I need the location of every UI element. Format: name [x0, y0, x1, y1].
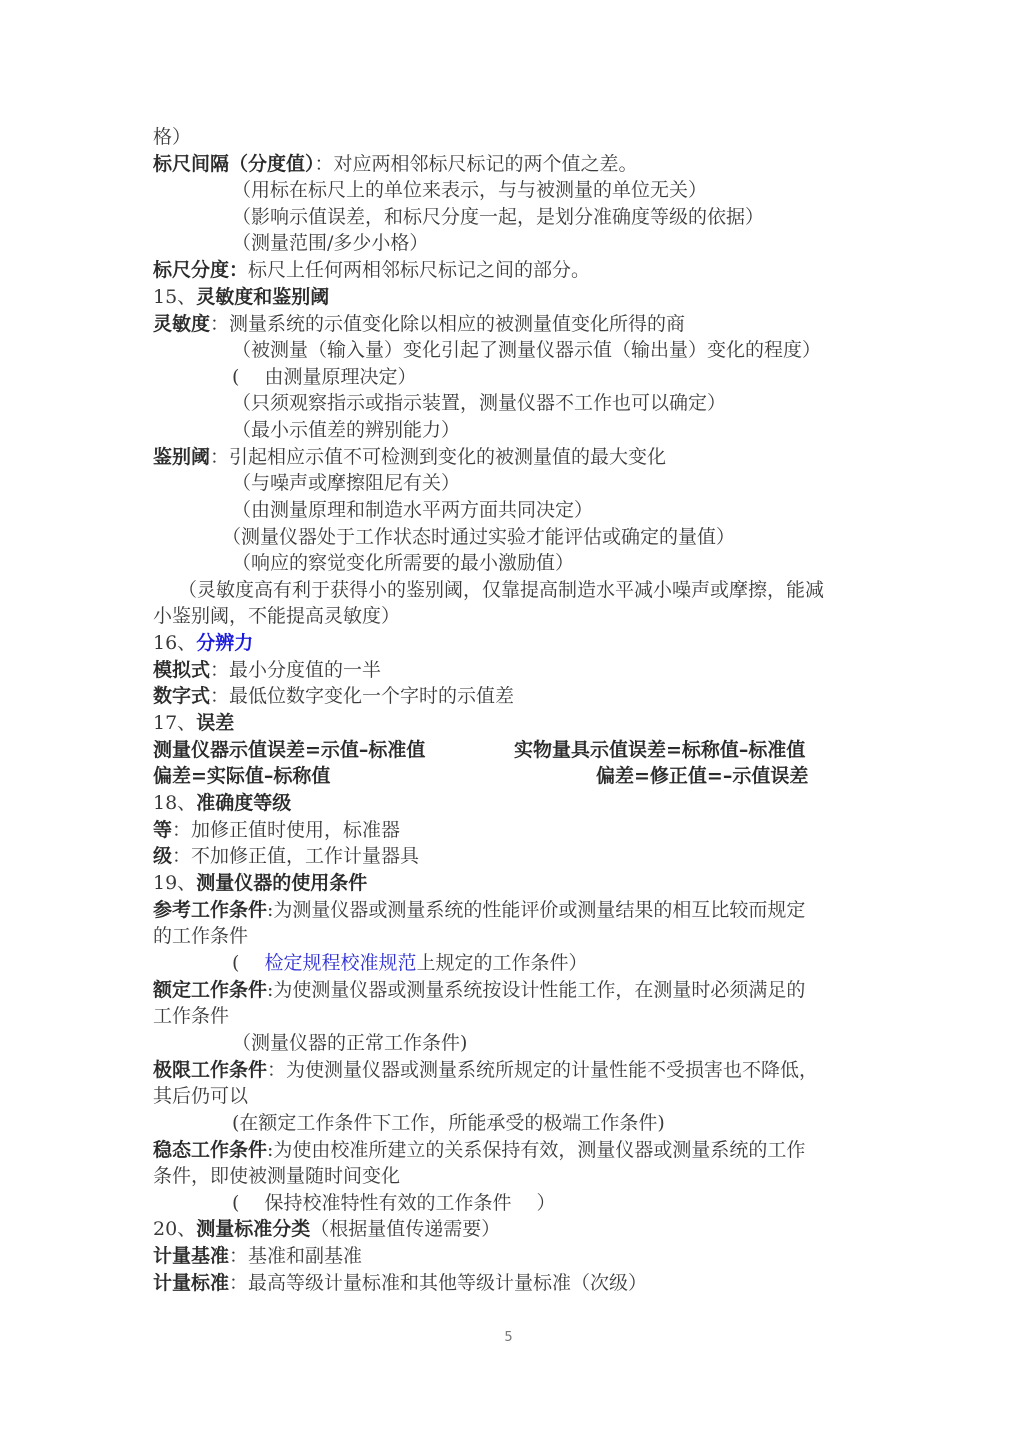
- term: 标尺分度：: [153, 259, 248, 281]
- note-text: 上规定的工作条件）: [416, 952, 587, 974]
- paragraph-line: 的工作条件: [153, 923, 248, 949]
- term: 模拟式: [153, 659, 210, 681]
- section-title-link[interactable]: 分辨力: [196, 632, 253, 654]
- paragraph-text: 条件，即使被测量随时间变化: [153, 1165, 400, 1187]
- note-text: （最小示值差的辨别能力）: [232, 419, 460, 441]
- note-text: （测量仪器的正常工作条件): [232, 1032, 467, 1054]
- section-number: 17、: [153, 712, 196, 734]
- note-line: （测量仪器的正常工作条件): [232, 1030, 467, 1056]
- note-text: （测量范围/多少小格）: [232, 232, 428, 254]
- note-line: （只须观察指示或指示装置，测量仪器不工作也可以确定）: [232, 390, 726, 416]
- definition: :为使由校准所建立的关系保持有效，测量仪器或测量系统的工作: [267, 1139, 805, 1161]
- document-page: 格） 标尺间隔（分度值）：对应两相邻标尺标记的两个值之差。 （用标在标尺上的单位…: [0, 0, 1017, 1438]
- definition-analog: 模拟式：最小分度值的一半: [153, 657, 381, 683]
- paragraph-line: 格）: [153, 124, 191, 150]
- term: 标尺间隔（分度值）: [153, 153, 315, 175]
- formula-text: 偏差=实际值–标称值: [153, 765, 330, 787]
- paragraph-text: 小鉴别阈，不能提高灵敏度）: [153, 605, 400, 627]
- definition-steady-state-conditions: 稳态工作条件:为使由校准所建立的关系保持有效，测量仪器或测量系统的工作: [153, 1137, 805, 1163]
- paragraph-line: 条件，即使被测量随时间变化: [153, 1163, 400, 1189]
- note-line: ( 保持校准特性有效的工作条件 ）: [232, 1190, 556, 1216]
- term: 额定工作条件: [153, 979, 267, 1001]
- note-line: （影响示值误差，和标尺分度一起，是划分准确度等级的依据）: [232, 204, 764, 230]
- note-text: （测量仪器处于工作状态时通过实验才能评估或确定的量值）: [222, 526, 735, 548]
- section-number: 18、: [153, 792, 196, 814]
- definition: ：为使测量仪器或测量系统所规定的计量性能不受损害也不降低，: [267, 1059, 818, 1081]
- definition: ：最小分度值的一半: [210, 659, 381, 681]
- section-number: 15、: [153, 286, 196, 308]
- formula-text: 实物量具示值误差=标称值–标准值: [514, 739, 805, 761]
- note-line: ( 检定规程校准规范上规定的工作条件）: [232, 950, 587, 976]
- term: 数字式: [153, 685, 210, 707]
- term: 级: [153, 845, 172, 867]
- term: 极限工作条件: [153, 1059, 267, 1081]
- definition: ：对应两相邻标尺标记的两个值之差。: [315, 153, 638, 175]
- section-heading-19: 19、测量仪器的使用条件: [153, 870, 367, 896]
- section-heading-20: 20、测量标准分类（根据量值传递需要）: [153, 1216, 500, 1242]
- note-text: （用标在标尺上的单位来表示，与与被测量的单位无关）: [232, 179, 707, 201]
- definition: ：最高等级计量标准和其他等级计量标准（次级）: [229, 1272, 647, 1294]
- formula-material-measure-error: 实物量具示值误差=标称值–标准值: [514, 737, 805, 763]
- paragraph-line: （灵敏度高有利于获得小的鉴别阈，仅靠提高制造水平减小噪声或摩擦，能减: [178, 577, 824, 603]
- note-line: （用标在标尺上的单位来表示，与与被测量的单位无关）: [232, 177, 707, 203]
- section-title: 测量仪器的使用条件: [196, 872, 367, 894]
- paragraph-line: 其后仍可以: [153, 1083, 248, 1109]
- note-text: （与噪声或摩擦阻尼有关）: [232, 472, 460, 494]
- note-text: (: [232, 952, 264, 974]
- note-text: （由测量原理和制造水平两方面共同决定）: [232, 499, 593, 521]
- definition: 标尺上任何两相邻标尺标记之间的部分。: [248, 259, 590, 281]
- definition-sensitivity: 灵敏度：测量系统的示值变化除以相应的被测量值变化所得的商: [153, 311, 685, 337]
- note-line: (在额定工作条件下工作，所能承受的极端工作条件): [232, 1110, 665, 1136]
- definition: ：测量系统的示值变化除以相应的被测量值变化所得的商: [210, 313, 685, 335]
- note-line: ( 由测量原理决定）: [232, 364, 416, 390]
- definition-grade: 等：加修正值时使用，标准器: [153, 817, 400, 843]
- note-text: (在额定工作条件下工作，所能承受的极端工作条件): [232, 1112, 665, 1134]
- text: 格）: [153, 126, 191, 148]
- definition: ：最低位数字变化一个字时的示值差: [210, 685, 514, 707]
- formula-text: 测量仪器示值误差=示值–标准值: [153, 739, 425, 761]
- section-number: 16、: [153, 632, 196, 654]
- definition: :为测量仪器或测量系统的性能评价或测量结果的相互比较而规定: [267, 899, 805, 921]
- definition-scale-interval: 标尺间隔（分度值）：对应两相邻标尺标记的两个值之差。: [153, 151, 638, 177]
- note-line: （响应的察觉变化所需要的最小激励值）: [232, 550, 574, 576]
- definition: ：加修正值时使用，标准器: [172, 819, 400, 841]
- note-text: （影响示值误差，和标尺分度一起，是划分准确度等级的依据）: [232, 206, 764, 228]
- definition-measurement-standard: 计量标准：最高等级计量标准和其他等级计量标准（次级）: [153, 1270, 647, 1296]
- definition-scale-division: 标尺分度：标尺上任何两相邻标尺标记之间的部分。: [153, 257, 590, 283]
- paragraph-line: 小鉴别阈，不能提高灵敏度）: [153, 603, 400, 629]
- definition-class: 级：不加修正值，工作计量器具: [153, 843, 419, 869]
- page-number: 5: [0, 1330, 1017, 1345]
- definition: :为使测量仪器或测量系统按设计性能工作，在测量时必须满足的: [267, 979, 805, 1001]
- note-line: （被测量（输入量）变化引起了测量仪器示值（输出量）变化的程度）: [232, 337, 821, 363]
- note-text: （响应的察觉变化所需要的最小激励值）: [232, 552, 574, 574]
- note-text: （被测量（输入量）变化引起了测量仪器示值（输出量）变化的程度）: [232, 339, 821, 361]
- term: 稳态工作条件: [153, 1139, 267, 1161]
- note-line: （测量仪器处于工作状态时通过实验才能评估或确定的量值）: [222, 524, 735, 550]
- definition-limiting-conditions: 极限工作条件：为使测量仪器或测量系统所规定的计量性能不受损害也不降低，: [153, 1057, 818, 1083]
- section-heading-18: 18、准确度等级: [153, 790, 291, 816]
- paragraph-text: 其后仍可以: [153, 1085, 248, 1107]
- note-text: ( 由测量原理决定）: [232, 366, 416, 388]
- section-title: 测量标准分类: [196, 1218, 310, 1240]
- definition-discrimination-threshold: 鉴别阈：引起相应示值不可检测到变化的被测量值的最大变化: [153, 444, 666, 470]
- definition: ：不加修正值，工作计量器具: [172, 845, 419, 867]
- section-title: 误差: [196, 712, 234, 734]
- paragraph-line: 工作条件: [153, 1003, 229, 1029]
- paragraph-text: 工作条件: [153, 1005, 229, 1027]
- section-number: 20、: [153, 1218, 196, 1240]
- formula-text: 偏差=修正值=–示值误差: [596, 765, 808, 787]
- formula-deviation-correction: 偏差=修正值=–示值误差: [596, 763, 808, 789]
- note-line: （与噪声或摩擦阻尼有关）: [232, 470, 460, 496]
- section-number: 19、: [153, 872, 196, 894]
- formula-deviation: 偏差=实际值–标称值: [153, 763, 330, 789]
- paragraph-text: （灵敏度高有利于获得小的鉴别阈，仅靠提高制造水平减小噪声或摩擦，能减: [178, 579, 824, 601]
- paragraph-text: 的工作条件: [153, 925, 248, 947]
- term: 计量标准: [153, 1272, 229, 1294]
- formula-instrument-error: 测量仪器示值误差=示值–标准值: [153, 737, 425, 763]
- definition-digital: 数字式：最低位数字变化一个字时的示值差: [153, 683, 514, 709]
- definition-primary-standard: 计量基准：基准和副基准: [153, 1243, 362, 1269]
- term: 鉴别阈: [153, 446, 210, 468]
- section-heading-16: 16、分辨力: [153, 630, 253, 656]
- section-heading-15: 15、灵敏度和鉴别阈: [153, 284, 329, 310]
- note-line: （最小示值差的辨别能力）: [232, 417, 460, 443]
- definition-reference-conditions: 参考工作条件:为测量仪器或测量系统的性能评价或测量结果的相互比较而规定: [153, 897, 805, 923]
- definition: ：基准和副基准: [229, 1245, 362, 1267]
- definition-rated-conditions: 额定工作条件:为使测量仪器或测量系统按设计性能工作，在测量时必须满足的: [153, 977, 805, 1003]
- section-title: 灵敏度和鉴别阈: [196, 286, 329, 308]
- term: 等: [153, 819, 172, 841]
- term: 参考工作条件: [153, 899, 267, 921]
- section-note: （根据量值传递需要）: [310, 1218, 500, 1240]
- term: 计量基准: [153, 1245, 229, 1267]
- section-title: 准确度等级: [196, 792, 291, 814]
- regulation-link[interactable]: 检定规程校准规范: [264, 952, 416, 974]
- section-heading-17: 17、误差: [153, 710, 234, 736]
- term: 灵敏度: [153, 313, 210, 335]
- note-text: ( 保持校准特性有效的工作条件 ）: [232, 1192, 556, 1214]
- note-text: （只须观察指示或指示装置，测量仪器不工作也可以确定）: [232, 392, 726, 414]
- note-line: （测量范围/多少小格）: [232, 230, 428, 256]
- note-line: （由测量原理和制造水平两方面共同决定）: [232, 497, 593, 523]
- definition: ：引起相应示值不可检测到变化的被测量值的最大变化: [210, 446, 666, 468]
